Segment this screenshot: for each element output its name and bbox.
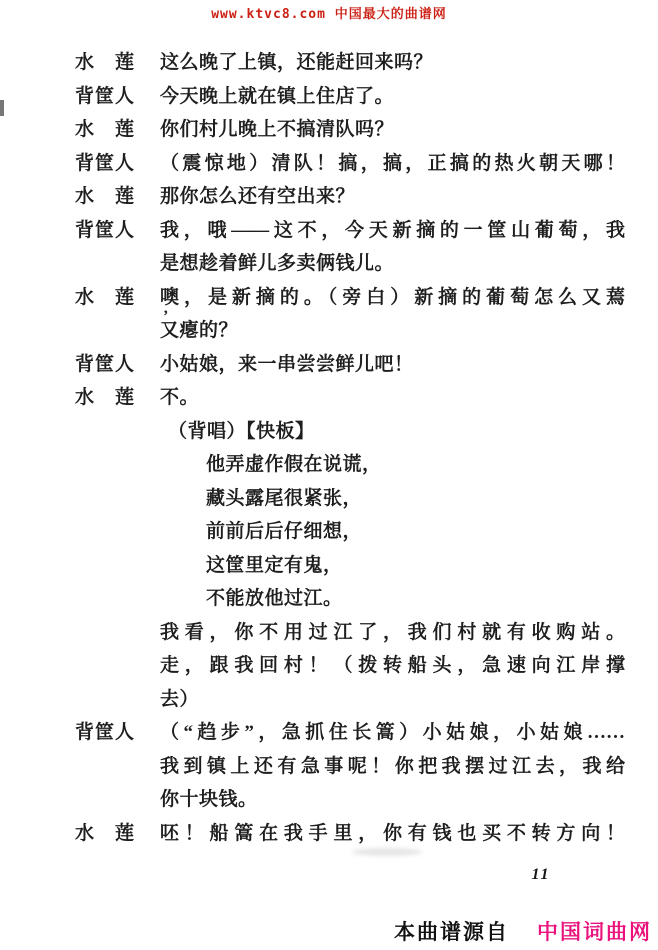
dialogue-line: 我到镇上还有急事呢！你把我摆过江去，我给 [160,750,625,784]
dialogue-line: 这筐里定有鬼， [206,549,625,583]
speaker-name: 背筐人 [75,214,160,248]
dialogue-line: （“趋步”，急抓住长篙）小姑娘，小姑娘…… [160,716,625,750]
speaker-name: 水 莲 [75,180,160,214]
dialogue-line: 噢，是新摘的。（旁白）新摘的葡萄怎么又蔫 [160,281,625,315]
dialogue-block: 我看，你不用过江了，我们村就有收购站。走，跟我回村！（拨转船头，急速向江岸撑去） [75,616,625,717]
speaker-name: 水 莲 [75,817,160,851]
dialogue-lines: 他弄虚作假在说谎，藏头露尾很紧张，前前后后仔细想，这筐里定有鬼，不能放他过江。 [160,448,625,616]
speaker-name: 水 莲 [75,113,160,147]
dialogue-block: 背筐人（震惊地）清队！搞，搞，正搞的热火朝天哪！ [75,147,625,181]
scan-artifact-smudge [352,848,422,856]
dialogue-line: 是想趁着鲜儿多卖俩钱儿。 [160,247,625,281]
dialogue-block: 背筐人我，哦——这不，今天新摘的一筐山葡萄，我是想趁着鲜儿多卖俩钱儿。 [75,214,625,281]
dialogue-lines: 今天晚上就在镇上住店了。 [160,80,625,114]
dialogue-block: 水 莲你们村儿晚上不搞清队吗？ [75,113,625,147]
dialogue-lines: （背唱）【快板】 [160,415,625,449]
dialogue-block: 水 莲呸！船篙在我手里，你有钱也买不转方向！ [75,817,625,851]
speaker-name: 背筐人 [75,80,160,114]
dialogue-block: 水 莲噢，是新摘的。（旁白）新摘的葡萄怎么又蔫又瘪的？ [75,281,625,348]
dialogue-block: 水 莲这么晚了上镇，还能赶回来吗？ [75,46,625,80]
dialogue-lines: 这么晚了上镇，还能赶回来吗？ [160,46,625,80]
dialogue-line: （背唱）【快板】 [168,415,625,449]
dialogue-lines: 我看，你不用过江了，我们村就有收购站。走，跟我回村！（拨转船头，急速向江岸撑去） [160,616,625,717]
dialogue-line: 走，跟我回村！（拨转船头，急速向江岸撑 [160,649,625,683]
dialogue-line: 前前后后仔细想， [206,515,625,549]
dialogue-lines: 噢，是新摘的。（旁白）新摘的葡萄怎么又蔫又瘪的？ [160,281,625,348]
dialogue-block: 背筐人小姑娘，来一串尝尝鲜儿吧！ [75,348,625,382]
dialogue-line: 去） [160,683,625,717]
dialogue-line: 呸！船篙在我手里，你有钱也买不转方向！ [160,817,625,851]
speaker-name: 水 莲 [75,46,160,80]
dialogue-block: 他弄虚作假在说谎，藏头露尾很紧张，前前后后仔细想，这筐里定有鬼，不能放他过江。 [75,448,625,616]
footer-source-label: 本曲谱源自 [394,921,509,944]
dialogue-line: 我，哦——这不，今天新摘的一筐山葡萄，我 [160,214,625,248]
dialogue-lines: 我，哦——这不，今天新摘的一筐山葡萄，我是想趁着鲜儿多卖俩钱儿。 [160,214,625,281]
dialogue-line: 你十块钱。 [160,783,625,817]
scan-artifact-edge [0,100,4,116]
dialogue-line: 不。 [160,381,625,415]
dialogue-line: 那你怎么还有空出来？ [160,180,625,214]
dialogue-block: 水 莲那你怎么还有空出来？ [75,180,625,214]
scan-artifact-stray-mark: ’ [163,308,168,326]
page-footer: 本曲谱源自中国词曲网 [394,916,652,946]
dialogue-line: 他弄虚作假在说谎， [206,448,625,482]
dialogue-block: 水 莲不。 [75,381,625,415]
dialogue-line: 又瘪的？ [160,314,625,348]
dialogue-line: 今天晚上就在镇上住店了。 [160,80,625,114]
dialogue-lines: （震惊地）清队！搞，搞，正搞的热火朝天哪！ [160,147,625,181]
dialogue-line: 藏头露尾很紧张， [206,482,625,516]
speaker-name: 水 莲 [75,381,160,415]
dialogue-line: （震惊地）清队！搞，搞，正搞的热火朝天哪！ [160,147,625,181]
site-header-text: www.ktvc8.com 中国最大的曲谱网 [211,7,447,22]
dialogue-lines: 不。 [160,381,625,415]
speaker-name: 背筐人 [75,716,160,750]
footer-site-name: 中国词曲网 [537,921,652,944]
speaker-name: 水 莲 [75,281,160,315]
dialogue-lines: （“趋步”，急抓住长篙）小姑娘，小姑娘……我到镇上还有急事呢！你把我摆过江去，我… [160,716,625,817]
dialogue-lines: 你们村儿晚上不搞清队吗？ [160,113,625,147]
speaker-name: 背筐人 [75,348,160,382]
dialogue-block: 背筐人今天晚上就在镇上住店了。 [75,80,625,114]
dialogue-line: 不能放他过江。 [206,582,625,616]
speaker-name: 背筐人 [75,147,160,181]
dialogue-line: 小姑娘，来一串尝尝鲜儿吧！ [160,348,625,382]
dialogue-block: 背筐人（“趋步”，急抓住长篙）小姑娘，小姑娘……我到镇上还有急事呢！你把我摆过江… [75,716,625,817]
dialogue-line: 这么晚了上镇，还能赶回来吗？ [160,46,625,80]
dialogue-block: （背唱）【快板】 [75,415,625,449]
script-body: 水 莲这么晚了上镇，还能赶回来吗？背筐人今天晚上就在镇上住店了。水 莲你们村儿晚… [75,46,625,850]
site-header: www.ktvc8.com 中国最大的曲谱网 [0,3,658,22]
page-number: 11 [523,866,559,884]
dialogue-lines: 呸！船篙在我手里，你有钱也买不转方向！ [160,817,625,851]
dialogue-lines: 那你怎么还有空出来？ [160,180,625,214]
dialogue-line: 我看，你不用过江了，我们村就有收购站。 [160,616,625,650]
dialogue-lines: 小姑娘，来一串尝尝鲜儿吧！ [160,348,625,382]
dialogue-line: 你们村儿晚上不搞清队吗？ [160,113,625,147]
